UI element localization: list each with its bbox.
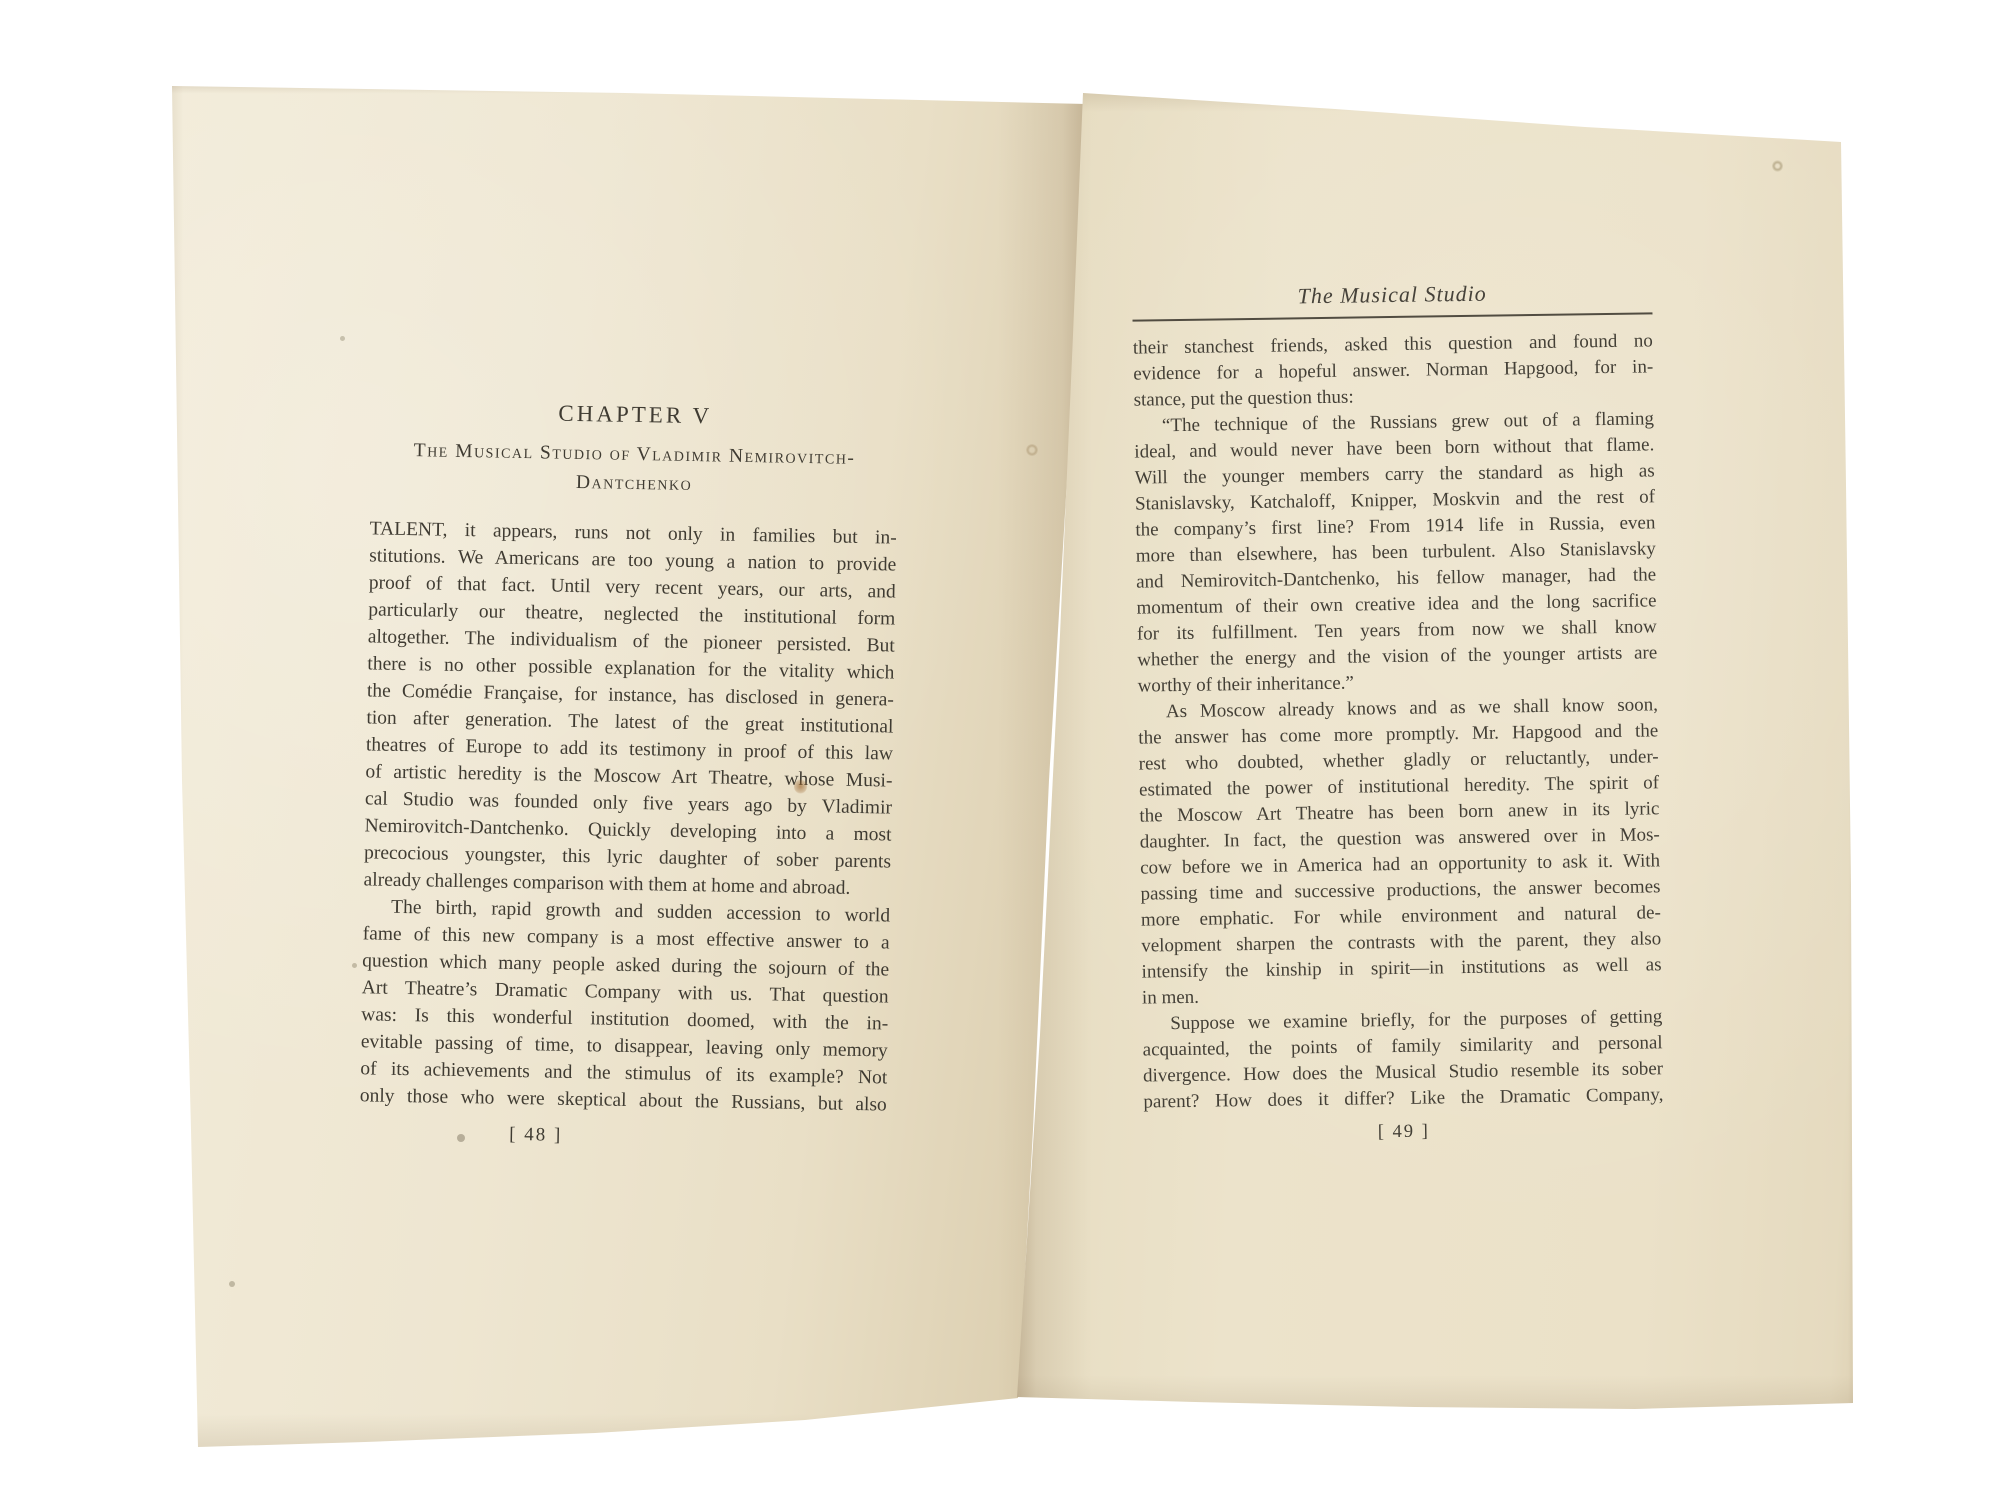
- paragraph: The birth, rapid growth and sudden acces…: [360, 893, 891, 1118]
- left-page-number: [ 48 ]: [359, 1121, 886, 1152]
- open-book-photo: CHAPTER V The Musical Studio of Vladimir…: [0, 0, 2000, 1500]
- left-page-content: CHAPTER V The Musical Studio of Vladimir…: [359, 397, 899, 1152]
- right-page-content: The Musical Studio their stanchest frien…: [1132, 278, 1664, 1146]
- paragraph: “The technique of the Russians grew out …: [1134, 406, 1658, 699]
- header-rule: [1133, 312, 1653, 321]
- left-page: CHAPTER V The Musical Studio of Vladimir…: [165, 80, 1090, 1455]
- running-header: The Musical Studio: [1132, 278, 1652, 311]
- paragraph: As Moscow already knows and as we shall …: [1138, 692, 1662, 1011]
- paragraph: their stanchest friends, asked this ques…: [1133, 328, 1654, 413]
- right-page: The Musical Studio their stanchest frien…: [1015, 85, 1865, 1415]
- chapter-heading: CHAPTER V: [372, 397, 899, 432]
- left-page-body: TALENT, it appears, runs not only in fam…: [360, 515, 897, 1118]
- right-page-body: their stanchest friends, asked this ques…: [1133, 328, 1664, 1115]
- right-page-number: [ 49 ]: [1144, 1118, 1664, 1146]
- paragraph: Suppose we examine briefly, for the purp…: [1142, 1004, 1663, 1115]
- paragraph: TALENT, it appears, runs not only in fam…: [363, 515, 897, 902]
